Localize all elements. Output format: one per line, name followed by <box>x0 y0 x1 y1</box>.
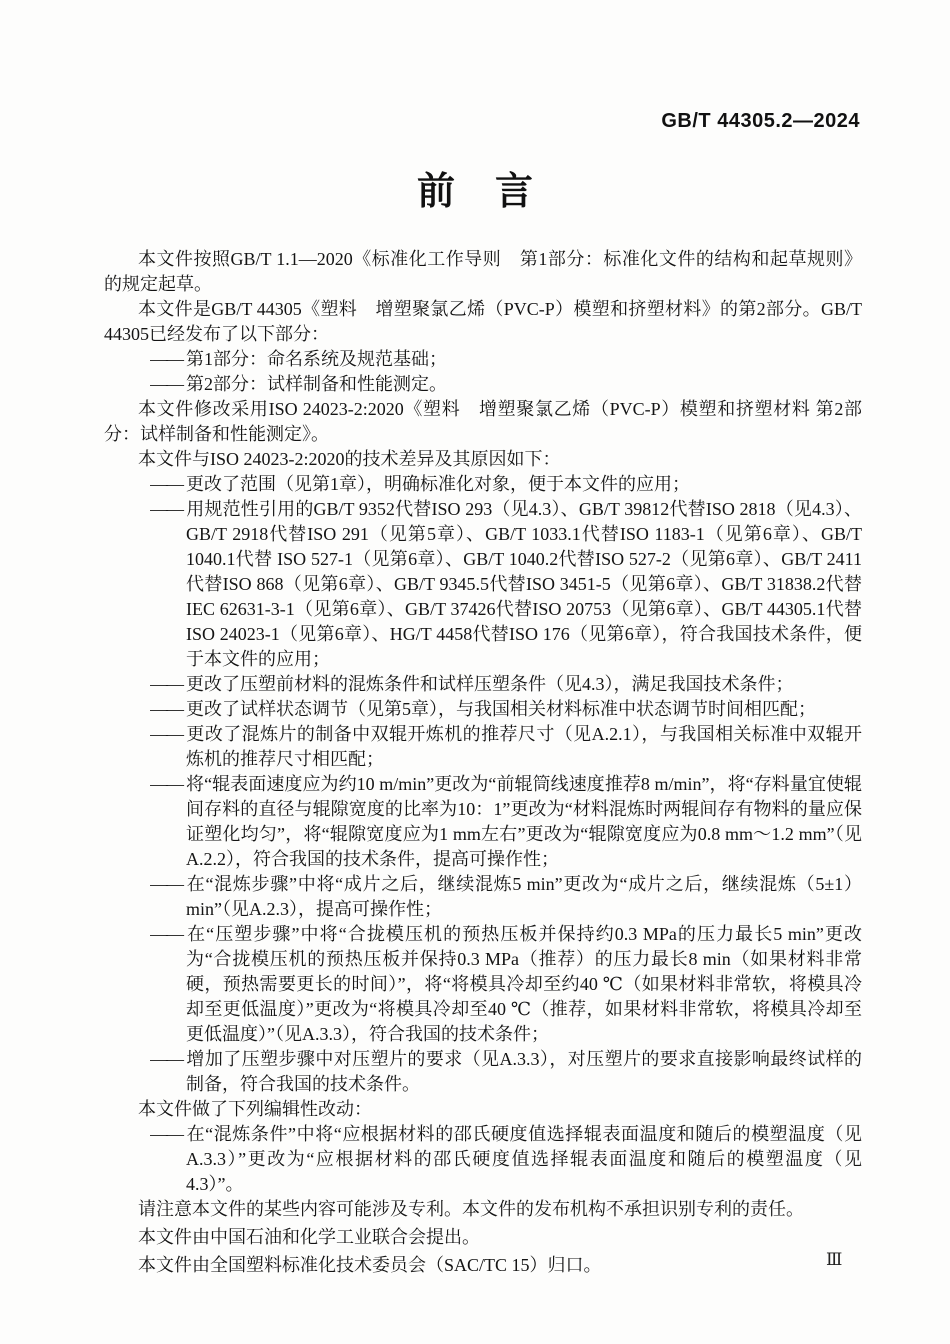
list-item-text: 用规范性引用的GB/T 9352代替ISO 293（见4.3）、GB/T 398… <box>186 499 862 669</box>
page-number: Ⅲ <box>826 1250 842 1270</box>
paragraph: 本文件与ISO 24023-2:2020的技术差异及其原因如下： <box>104 447 862 472</box>
paragraph: 本文件修改采用ISO 24023-2:2020《塑料 增塑聚氯乙烯（PVC-P）… <box>104 397 862 447</box>
paragraph: 本文件是GB/T 44305《塑料 增塑聚氯乙烯（PVC-P）模塑和挤塑材料》的… <box>104 297 862 347</box>
list-item-text: 在“混炼步骤”中将“成片之后，继续混炼5 min”更改为“成片之后，继续混炼（5… <box>186 874 862 919</box>
list-item: ——第2部分：试样制备和性能测定。 <box>104 372 862 397</box>
paragraph: 本文件做了下列编辑性改动： <box>104 1097 862 1122</box>
list-item-text: 增加了压塑步骤中对压塑片的要求（见A.3.3），对压塑片的要求直接影响最终试样的… <box>186 1049 862 1094</box>
page-title: 前言 <box>0 160 950 215</box>
list-item-text: 更改了试样状态调节（见第5章），与我国相关材料标准中状态调节时间相匹配； <box>186 699 816 719</box>
dash-marker: —— <box>150 722 186 747</box>
paragraph: 本文件由中国石油和化学工业联合会提出。 <box>104 1225 862 1250</box>
list-item: ——用规范性引用的GB/T 9352代替ISO 293（见4.3）、GB/T 3… <box>104 497 862 672</box>
document-page: GB/T 44305.2—2024 前言 本文件按照GB/T 1.1—2020《… <box>0 0 950 1344</box>
list-item-text: 在“混炼条件”中将“应根据材料的邵氏硬度值选择辊表面温度和随后的模塑温度（见A.… <box>186 1124 862 1194</box>
list-item: ——增加了压塑步骤中对压塑片的要求（见A.3.3），对压塑片的要求直接影响最终试… <box>104 1047 862 1097</box>
list-item: ——在“混炼条件”中将“应根据材料的邵氏硬度值选择辊表面温度和随后的模塑温度（见… <box>104 1122 862 1197</box>
paragraph: 本文件由全国塑料标准化技术委员会（SAC/TC 15）归口。 <box>104 1253 862 1278</box>
list-item-text: 更改了范围（见第1章），明确标准化对象，便于本文件的应用； <box>186 474 690 494</box>
dash-marker: —— <box>150 697 186 722</box>
dash-marker: —— <box>150 372 186 397</box>
list-item: ——更改了混炼片的制备中双辊开炼机的推荐尺寸（见A.2.1），与我国相关标准中双… <box>104 722 862 772</box>
list-item-text: 在“压塑步骤”中将“合拢模压机的预热压板并保持约0.3 MPa的压力最长5 mi… <box>186 924 862 1044</box>
dash-marker: —— <box>150 1122 186 1147</box>
paragraph: 请注意本文件的某些内容可能涉及专利。本文件的发布机构不承担识别专利的责任。 <box>104 1197 862 1222</box>
list-item: ——更改了压塑前材料的混炼条件和试样压塑条件（见4.3），满足我国技术条件； <box>104 672 862 697</box>
list-item: ——第1部分：命名系统及规范基础； <box>104 347 862 372</box>
dash-marker: —— <box>150 497 186 522</box>
standard-number: GB/T 44305.2—2024 <box>661 110 860 133</box>
list-item: ——更改了范围（见第1章），明确标准化对象，便于本文件的应用； <box>104 472 862 497</box>
foreword-body: 本文件按照GB/T 1.1—2020《标准化工作导则 第1部分：标准化文件的结构… <box>104 247 862 1278</box>
dash-marker: —— <box>150 772 186 797</box>
list-item: ——在“混炼步骤”中将“成片之后，继续混炼5 min”更改为“成片之后，继续混炼… <box>104 872 862 922</box>
list-item: ——将“辊表面速度应为约10 m/min”更改为“前辊筒线速度推荐8 m/min… <box>104 772 862 872</box>
list-item-text: 更改了压塑前材料的混炼条件和试样压塑条件（见4.3），满足我国技术条件； <box>186 674 794 694</box>
dash-marker: —— <box>150 1047 186 1072</box>
list-item-text: 第2部分：试样制备和性能测定。 <box>186 374 447 394</box>
dash-marker: —— <box>150 872 186 897</box>
list-item-text: 更改了混炼片的制备中双辊开炼机的推荐尺寸（见A.2.1），与我国相关标准中双辊开… <box>186 724 862 769</box>
list-item-text: 将“辊表面速度应为约10 m/min”更改为“前辊筒线速度推荐8 m/min”，… <box>186 774 862 869</box>
dash-marker: —— <box>150 472 186 497</box>
list-item-text: 第1部分：命名系统及规范基础； <box>186 349 447 369</box>
dash-marker: —— <box>150 347 186 372</box>
list-item: ——更改了试样状态调节（见第5章），与我国相关材料标准中状态调节时间相匹配； <box>104 697 862 722</box>
paragraph: 本文件按照GB/T 1.1—2020《标准化工作导则 第1部分：标准化文件的结构… <box>104 247 862 297</box>
dash-marker: —— <box>150 922 186 947</box>
dash-marker: —— <box>150 672 186 697</box>
list-item: ——在“压塑步骤”中将“合拢模压机的预热压板并保持约0.3 MPa的压力最长5 … <box>104 922 862 1047</box>
